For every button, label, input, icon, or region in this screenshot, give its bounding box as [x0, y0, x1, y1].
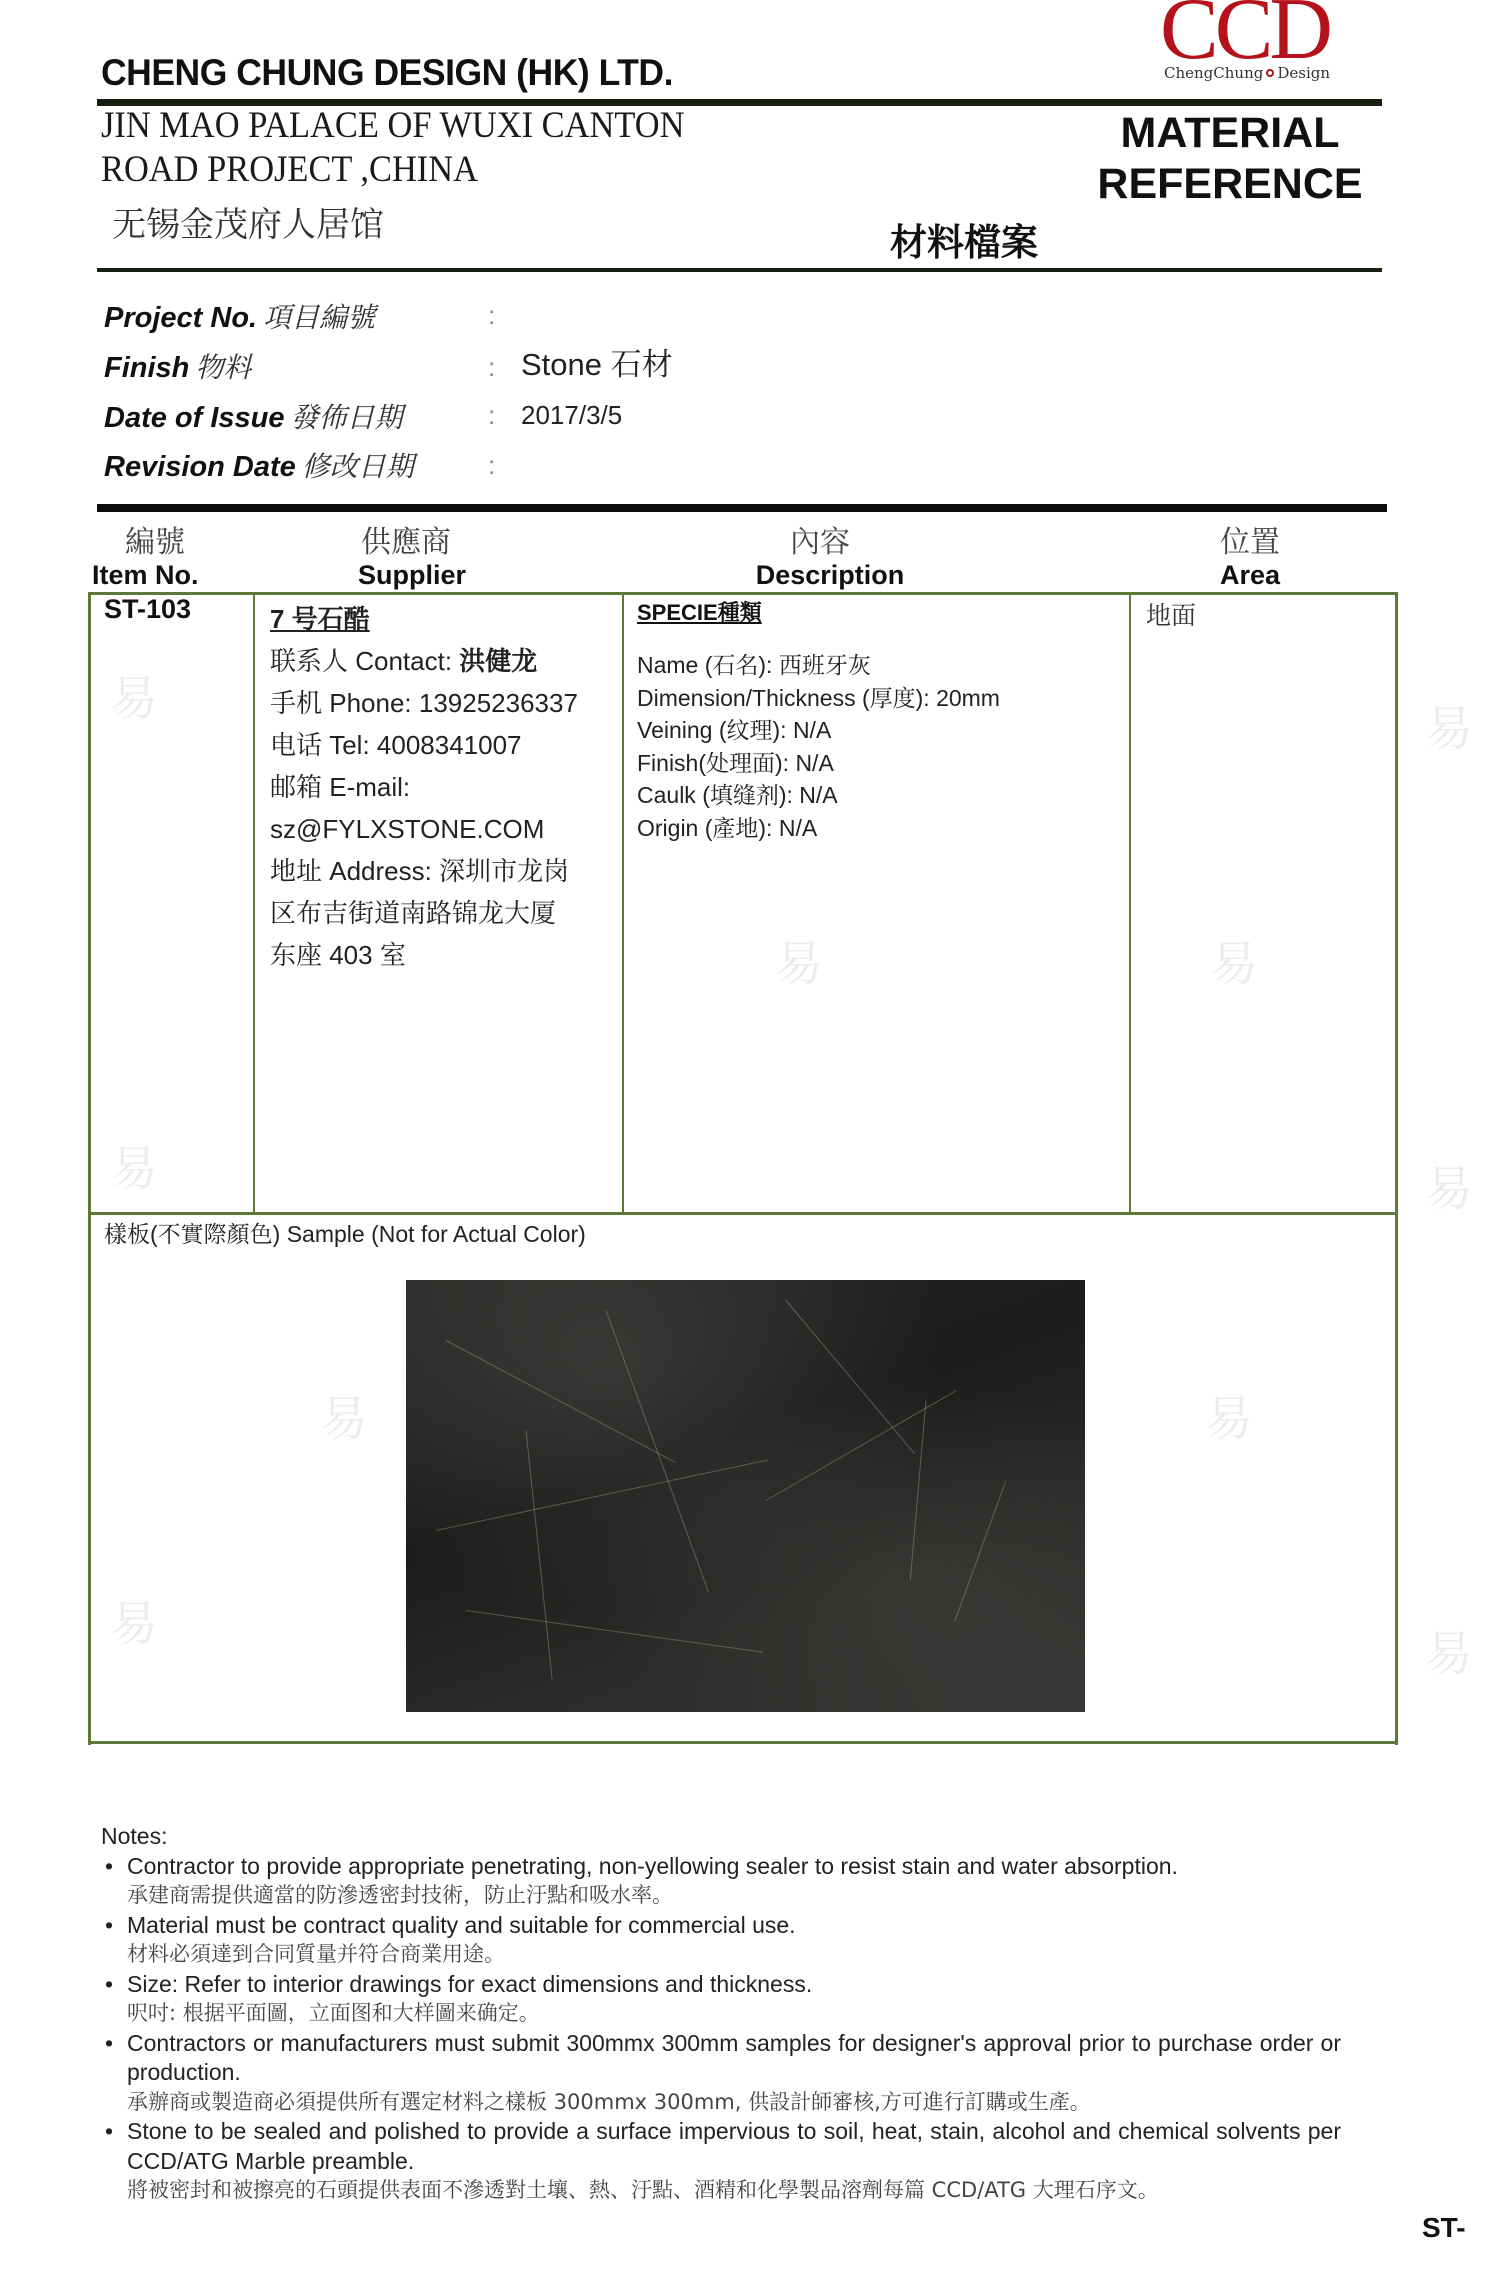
note-item: Material must be contract quality and su… [101, 1911, 1341, 1970]
column-header-area: Area [1150, 560, 1350, 591]
supplier-email-label: 邮箱 E-mail: [270, 766, 615, 808]
column-header-item-no: Item No. [92, 560, 220, 591]
info-label-project-no: Project No.項目編號 [104, 296, 375, 336]
watermark-glyph: 易 [1425, 1150, 1473, 1219]
info-value-finish: Stone 石材 [521, 339, 673, 384]
column-header-cn-supplier: 供應商 [306, 517, 506, 561]
watermark-glyph: 易 [1210, 925, 1258, 994]
description-name: Name (石名): 西班牙灰 [637, 649, 1117, 682]
description-veining: Veining (纹理): N/A [637, 714, 1117, 747]
project-title-line1: JIN MAO PALACE OF WUXI CANTON [101, 104, 684, 147]
notes-title: Notes: [101, 1822, 1341, 1852]
table-col-divider [253, 592, 255, 1214]
description-lines: Name (石名): 西班牙灰 Dimension/Thickness (厚度)… [637, 649, 1117, 844]
column-header-cn-item-no: 編號 [95, 517, 215, 561]
watermark-glyph: 易 [110, 1585, 158, 1654]
supplier-name: 7 号石酷 [270, 598, 615, 640]
supplier-address-line2: 区布吉街道南路锦龙大厦 [270, 892, 615, 934]
info-colon: : [488, 352, 495, 383]
info-value-date-of-issue: 2017/3/5 [521, 400, 622, 431]
info-label-date-of-issue: Date of Issue發佈日期 [104, 396, 403, 436]
area-cell: 地面 [1146, 596, 1196, 632]
sample-label: 樣板(不實際顏色) Sample (Not for Actual Color) [104, 1216, 586, 1249]
watermark-glyph: 易 [775, 925, 823, 994]
table-row-divider [88, 1212, 1398, 1215]
table-col-divider [622, 592, 624, 1214]
ccd-logo: CCD [1160, 0, 1329, 74]
project-title-line2: ROAD PROJECT ,CHINA [101, 148, 478, 191]
item-number: ST-103 [104, 594, 191, 625]
column-header-cn-area: 位置 [1150, 517, 1350, 561]
supplier-contact: 联系人 Contact: 洪健龙 [270, 640, 615, 682]
document-title-line2: REFERENCE [1080, 159, 1380, 210]
document-title: MATERIAL REFERENCE [1080, 108, 1380, 210]
watermark-glyph: 易 [1425, 1615, 1473, 1684]
watermark-glyph: 易 [110, 1130, 158, 1199]
note-item: Contractor to provide appropriate penetr… [101, 1852, 1341, 1911]
description-cell: SPECIE種類 Name (石名): 西班牙灰 Dimension/Thick… [637, 596, 1117, 844]
info-label-revision-date: Revision Date修改日期 [104, 445, 414, 485]
table-top-rule [97, 504, 1387, 512]
supplier-phone: 手机 Phone: 13925236337 [270, 682, 615, 724]
notes-list: Contractor to provide appropriate penetr… [101, 1852, 1341, 2206]
supplier-cell: 7 号石酷 联系人 Contact: 洪健龙 手机 Phone: 1392523… [270, 598, 615, 976]
watermark-glyph: 易 [110, 660, 158, 729]
document-title-cn: 材料檔案 [890, 212, 1038, 266]
table-border-bottom [88, 1741, 1398, 1744]
watermark-glyph: 易 [1205, 1380, 1253, 1449]
info-colon: : [488, 450, 495, 481]
description-finish: Finish(处理面): N/A [637, 747, 1117, 780]
watermark-glyph: 易 [1425, 690, 1473, 759]
logo-sub-left: ChengChung [1164, 64, 1263, 82]
document-title-line1: MATERIAL [1080, 108, 1380, 159]
info-label-finish: Finish物料 [104, 346, 251, 386]
description-dimension: Dimension/Thickness (厚度): 20mm [637, 682, 1117, 715]
table-border-left [88, 592, 91, 1745]
watermark-glyph: 易 [320, 1380, 368, 1449]
ccd-logo-subtitle: ChengChungDesign [1164, 64, 1330, 82]
header-rule-bottom [97, 268, 1382, 272]
note-item: Stone to be sealed and polished to provi… [101, 2117, 1341, 2206]
page-reference: ST- [1422, 2212, 1466, 2244]
supplier-address-line3: 东座 403 室 [270, 934, 615, 976]
notes-section: Notes: Contractor to provide appropriate… [101, 1822, 1341, 2206]
column-header-supplier: Supplier [306, 560, 526, 591]
table-border-right [1395, 592, 1398, 1745]
company-name: CHENG CHUNG DESIGN (HK) LTD. [101, 52, 673, 94]
column-header-description: Description [700, 560, 960, 591]
description-heading: SPECIE種類 [637, 596, 1117, 627]
supplier-address: 地址 Address: 深圳市龙岗 [270, 850, 615, 892]
project-title-cn: 无锡金茂府人居馆 [112, 197, 384, 246]
note-item: Size: Refer to interior drawings for exa… [101, 1970, 1341, 2029]
note-item: Contractors or manufacturers must submit… [101, 2029, 1341, 2118]
stone-sample-image [406, 1280, 1085, 1712]
description-caulk: Caulk (填缝剂): N/A [637, 779, 1117, 812]
logo-sub-right: Design [1277, 64, 1330, 82]
table-border-top [88, 592, 1398, 595]
info-colon: : [488, 300, 495, 331]
table-col-divider [1129, 592, 1131, 1214]
supplier-tel: 电话 Tel: 4008341007 [270, 724, 615, 766]
supplier-email: sz@FYLXSTONE.COM [270, 808, 615, 850]
column-header-cn-description: 內容 [720, 517, 920, 561]
description-origin: Origin (產地): N/A [637, 812, 1117, 845]
logo-dot-icon [1266, 69, 1274, 77]
info-colon: : [488, 400, 495, 431]
